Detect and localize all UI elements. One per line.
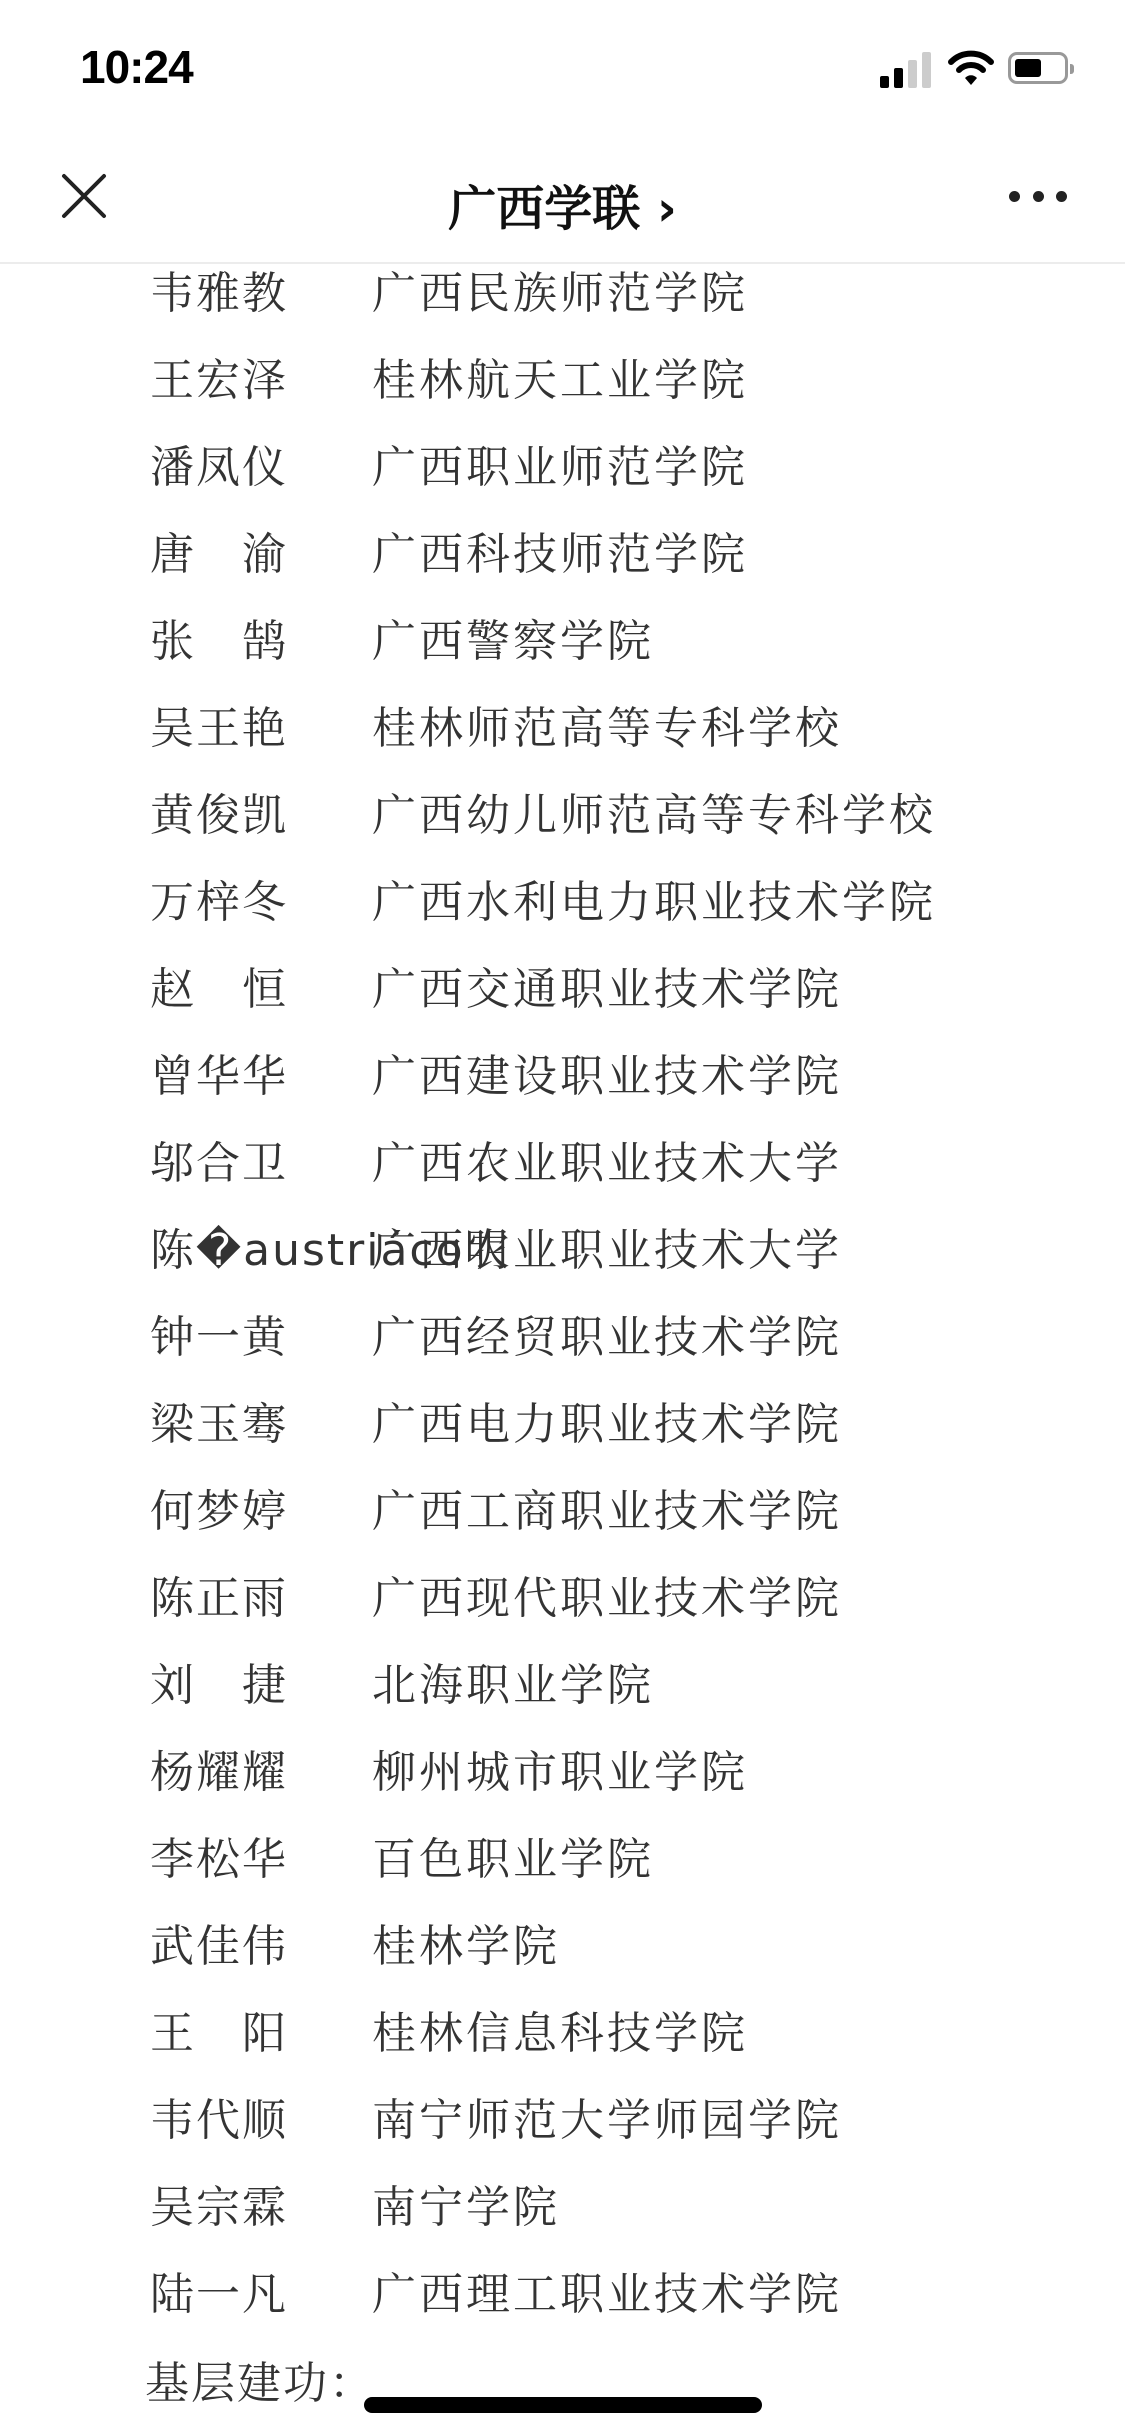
school-name: 南宁师范大学师园学院 <box>372 2091 842 2151</box>
person-name: 王宏泽 <box>150 351 360 411</box>
school-name: 桂林信息科技学院 <box>372 2004 748 2064</box>
person-name: 吴宗霖 <box>150 2178 360 2238</box>
school-name: 广西工商职业技术学院 <box>372 1482 842 1542</box>
school-name: 广西职业师范学院 <box>372 438 748 498</box>
school-name: 广西水利电力职业技术学院 <box>372 873 936 933</box>
school-name: 广西警察学院 <box>372 612 654 672</box>
person-name: 钟一黄 <box>150 1308 360 1368</box>
cellular-signal-icon <box>880 52 934 88</box>
person-name: 赵 恒 <box>150 960 360 1020</box>
school-name: 南宁学院 <box>372 2178 560 2238</box>
person-name: 韦代顺 <box>150 2091 360 2151</box>
school-name: 广西现代职业技术学院 <box>372 1569 842 1629</box>
school-name: 广西建设职业技术学院 <box>372 1047 842 1107</box>
nav-bar: 广西学联 › <box>0 140 1125 264</box>
home-indicator[interactable] <box>364 2397 762 2413</box>
wifi-icon <box>948 48 994 88</box>
person-name: 刘 捷 <box>150 1656 360 1716</box>
person-name: 邬合卫 <box>150 1134 360 1194</box>
school-name: 广西民族师范学院 <box>372 264 748 324</box>
section-label: 基层建功： <box>145 2354 375 2414</box>
person-name: 韦雅教 <box>150 264 360 324</box>
school-name: 广西农业职业技术大学 <box>372 1134 842 1194</box>
school-name: 广西理工职业技术学院 <box>372 2265 842 2325</box>
person-name: 潘凤仪 <box>150 438 360 498</box>
school-name: 桂林师范高等专科学校 <box>372 699 842 759</box>
school-name: 桂林学院 <box>372 1917 560 1977</box>
person-name: 王 阳 <box>150 2004 360 2064</box>
school-name: 广西交通职业技术学院 <box>372 960 842 1020</box>
status-bar: 10:24 <box>0 0 1125 140</box>
person-name: 曾华华 <box>150 1047 360 1107</box>
school-name: 广西幼儿师范高等专科学校 <box>372 786 936 846</box>
person-name: 吴王艳 <box>150 699 360 759</box>
school-name: 北海职业学院 <box>372 1656 654 1716</box>
person-name: 武佳伟 <box>150 1917 360 1977</box>
school-name: 广西科技师范学院 <box>372 525 748 585</box>
battery-icon <box>1008 52 1068 84</box>
person-name: 陈正雨 <box>150 1569 360 1629</box>
person-name: 张 鹄 <box>150 612 360 672</box>
school-name: 广西经贸职业技术学院 <box>372 1308 842 1368</box>
school-name: 广西农业职业技术大学 <box>372 1221 842 1281</box>
more-icon[interactable] <box>1009 182 1067 210</box>
school-name: 桂林航天工业学院 <box>372 351 748 411</box>
page-title[interactable]: 广西学联 › <box>0 170 1125 239</box>
person-name: 陈�austriáco明 <box>150 1221 360 1281</box>
person-name: 万梓冬 <box>150 873 360 933</box>
person-name: 陆一凡 <box>150 2265 360 2325</box>
person-name: 何梦婷 <box>150 1482 360 1542</box>
status-time: 10:24 <box>80 40 193 94</box>
school-name: 柳州城市职业学院 <box>372 1743 748 1803</box>
school-name: 百色职业学院 <box>372 1830 654 1890</box>
person-name: 杨耀耀 <box>150 1743 360 1803</box>
person-name: 唐 渝 <box>150 525 360 585</box>
person-name: 梁玉骞 <box>150 1395 360 1455</box>
school-name: 广西电力职业技术学院 <box>372 1395 842 1455</box>
person-name: 黄俊凯 <box>150 786 360 846</box>
person-name: 李松华 <box>150 1830 360 1890</box>
